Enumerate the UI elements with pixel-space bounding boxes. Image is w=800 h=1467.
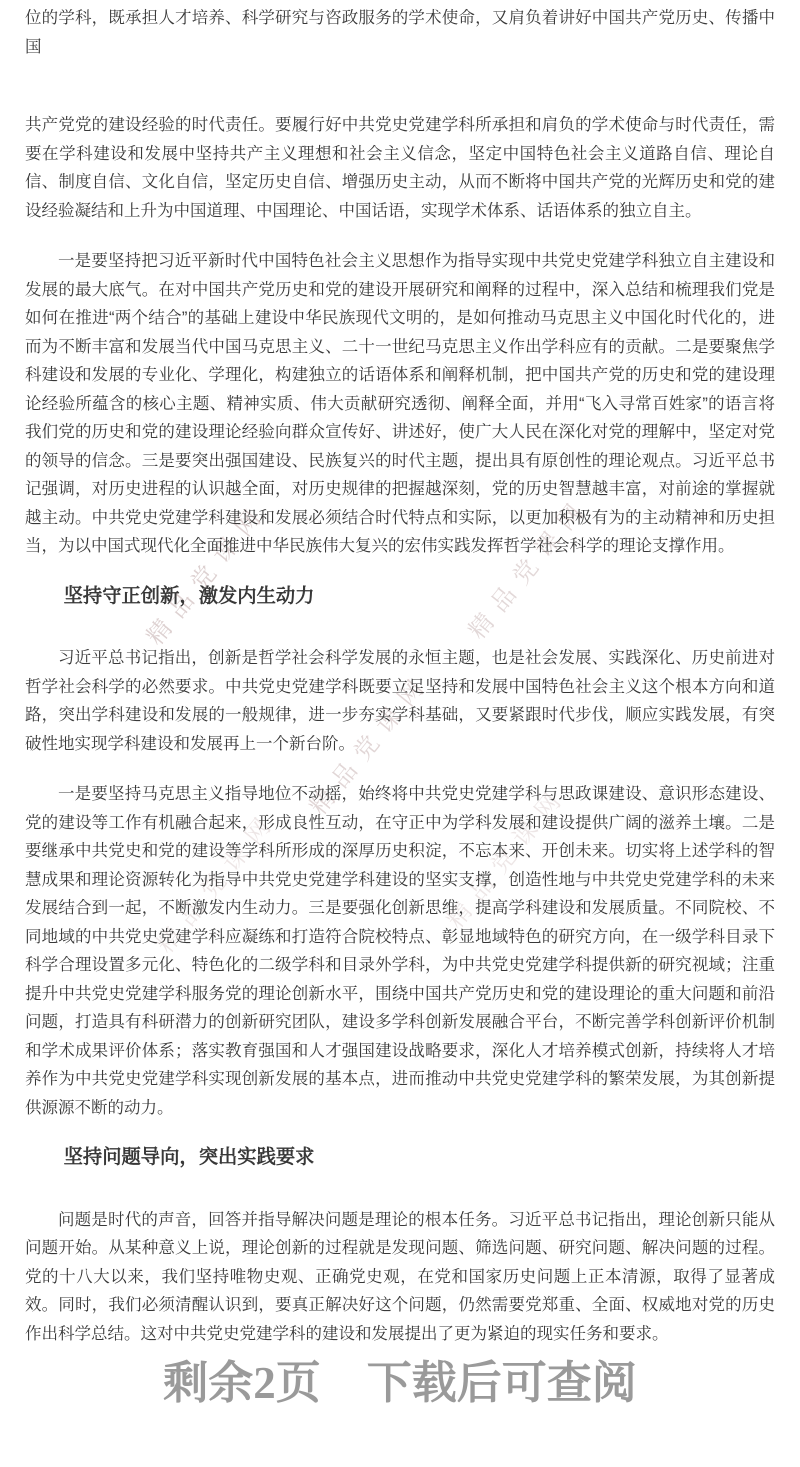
footer-overlay: 剩余2页下载后可查阅: [0, 1356, 800, 1410]
download-hint-label: 下载后可查阅: [367, 1358, 637, 1408]
paragraph-fragment: 位的学科，既承担人才培养、科学研究与咨政服务的学术使命，又肩负着讲好中国共产党历…: [25, 4, 775, 61]
document-content: 位的学科，既承担人才培养、科学研究与咨政服务的学术使命，又肩负着讲好中国共产党历…: [25, 4, 775, 1370]
section-heading: 坚持守正创新，激发内生动力: [25, 583, 775, 612]
remaining-pages-label: 剩余2页: [163, 1358, 321, 1408]
paragraph: 一是要坚持马克思主义指导地位不动摇，始终将中共党史党建学科与思政课建设、意识形态…: [25, 780, 775, 1122]
paragraph: 一是要坚持把习近平新时代中国特色社会主义思想作为指导实现中共党史党建学科独立自主…: [25, 247, 775, 561]
section-heading: 坚持问题导向，突出实践要求: [25, 1144, 775, 1173]
paragraph: 问题是时代的声音，回答并指导解决问题是理论的根本任务。习近平总书记指出，理论创新…: [25, 1206, 775, 1349]
document-page: 精品党课网 精品党课网 精品党课网 精品党课网 精品党课网 位的学科，既承担人才…: [0, 0, 800, 1467]
paragraph: 共产党党的建设经验的时代责任。要履行好中共党史党建学科所承担和肩负的学术使命与时…: [25, 111, 775, 225]
paragraph: 习近平总书记指出，创新是哲学社会科学发展的永恒主题，也是社会发展、实践深化、历史…: [25, 644, 775, 758]
